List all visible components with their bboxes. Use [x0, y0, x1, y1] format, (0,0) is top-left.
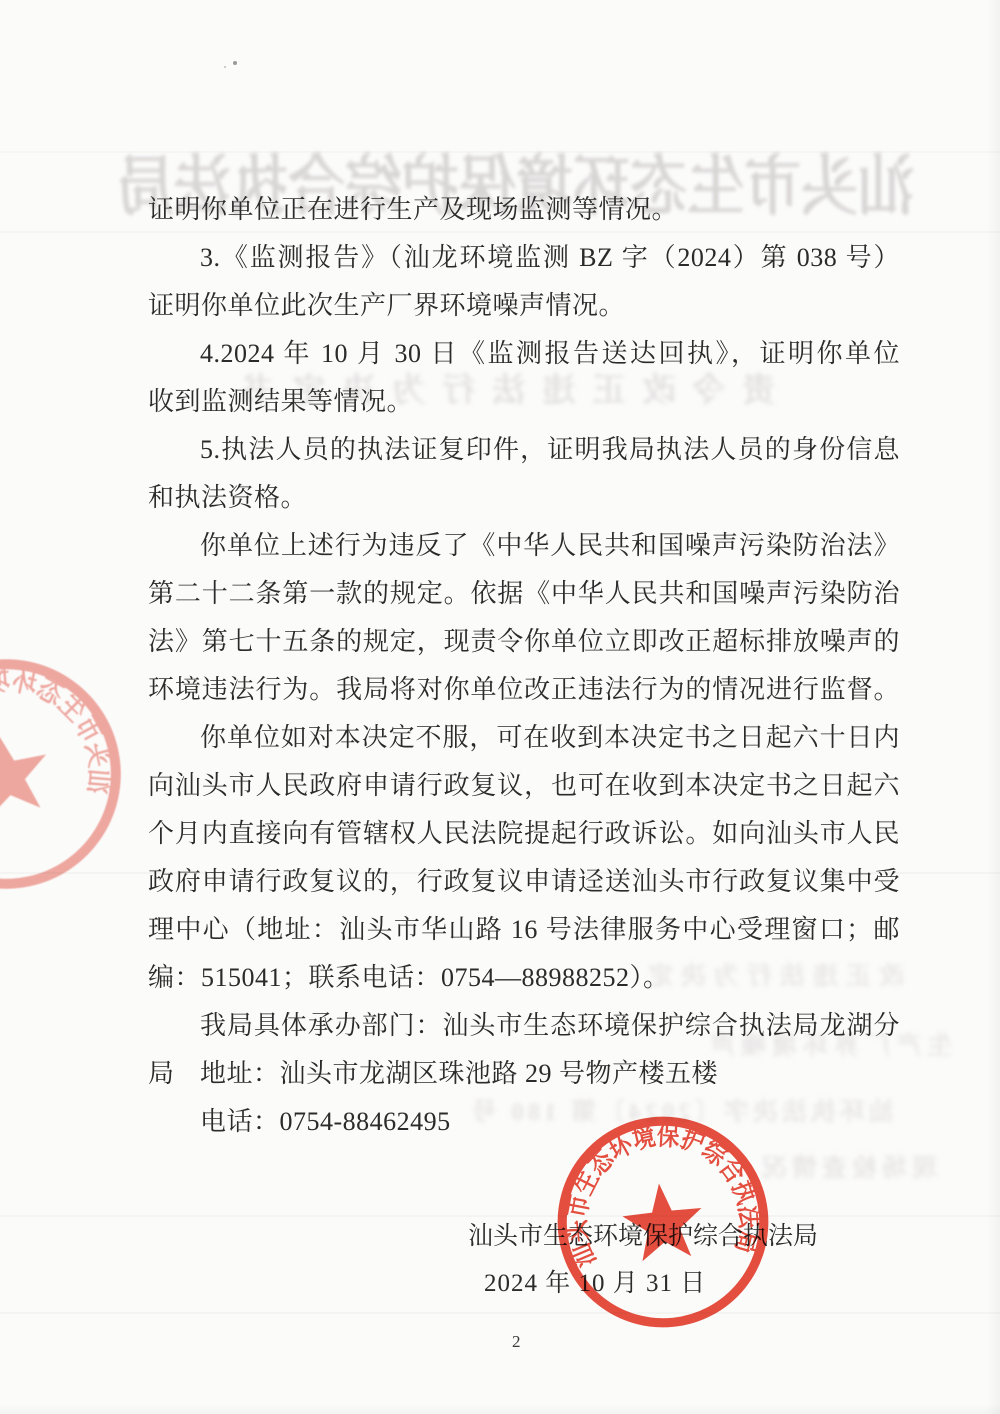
bleed-through-fragment: 现场检查情况 [732, 1152, 937, 1186]
scan-edge-shadow [986, 0, 1000, 1414]
text-line: 5.执法人员的执法证复印件，证明我局执法人员的身份信息 [148, 426, 900, 474]
scan-edge-shadow [0, 1404, 1000, 1414]
page-number: 2 [512, 1332, 521, 1352]
seal-star-icon [0, 724, 57, 822]
text-line: 我局具体承办部门：汕头市生态环境保护综合执法局龙湖分局 [148, 1002, 900, 1050]
scan-speck [233, 61, 237, 65]
text-line: 向汕头市人民政府申请行政复议，也可在收到本决定书之日起六 [148, 762, 900, 810]
text-line: 编：515041；联系电话：0754—88988252）。 [148, 954, 900, 1002]
text-line: 你单位如对本决定不服，可在收到本决定书之日起六十日内 [148, 714, 900, 762]
text-line: 证明你单位此次生产厂界环境噪声情况。 [148, 282, 900, 330]
scanned-document-page: 汕头市生态环境保护综合执法局 责令改正违法行为决定书 改正违法行为决定 生产厂界… [0, 0, 1000, 1414]
signature-date: 2024 年 10 月 31 日 [484, 1271, 706, 1297]
text-line: 4.2024 年 10 月 30 日《监测报告送达回执》，证明你单位 [148, 330, 900, 378]
scan-speck [224, 66, 226, 68]
text-line: 收到监测结果等情况。 [148, 378, 900, 426]
scan-streak [0, 1312, 1000, 1314]
scan-streak [0, 151, 1000, 153]
seal-ring-text: 汕头市生态环境保护综合执法局 [0, 642, 124, 844]
text-line: 环境违法行为。我局将对你单位改正违法行为的情况进行监督。 [148, 666, 900, 714]
text-line: 地址：汕头市龙湖区珠池路 29 号物产楼五楼 [148, 1050, 900, 1098]
text-line: 理中心（地址：汕头市华山路 16 号法律服务中心受理窗口；邮 [148, 906, 900, 954]
partial-offset-seal: 汕头市生态环境保护综合执法局 [0, 629, 151, 918]
document-body: 证明你单位正在进行生产及现场监测等情况。 3.《监测报告》（汕龙环境监测 BZ … [148, 186, 900, 1146]
signature-agency-name: 汕头市生态环境保护综合执法局 [468, 1224, 818, 1250]
text-line: 政府申请行政复议的，行政复议申请迳送汕头市行政复议集中受 [148, 858, 900, 906]
text-line: 个月内直接向有管辖权人民法院提起行政诉讼。如向汕头市人民 [148, 810, 900, 858]
text-line: 3.《监测报告》（汕龙环境监测 BZ 字（2024）第 038 号） [148, 234, 900, 282]
seal-ring [0, 644, 136, 904]
scan-streak [0, 1215, 1000, 1217]
seal-star-icon [619, 1179, 706, 1262]
text-line: 电话：0754-88462495 [148, 1098, 900, 1146]
text-line: 第二十二条第一款的规定。依据《中华人民共和国噪声污染防治 [148, 570, 900, 618]
text-line: 法》第七十五条的规定，现责令你单位立即改正超标排放噪声的 [148, 618, 900, 666]
text-line: 你单位上述行为违反了《中华人民共和国噪声污染防治法》 [148, 522, 900, 570]
text-line: 和执法资格。 [148, 474, 900, 522]
official-seal-graphic: 汕头市生态环境保护综合执法局 [0, 629, 151, 918]
text-line: 证明你单位正在进行生产及现场监测等情况。 [148, 186, 900, 234]
